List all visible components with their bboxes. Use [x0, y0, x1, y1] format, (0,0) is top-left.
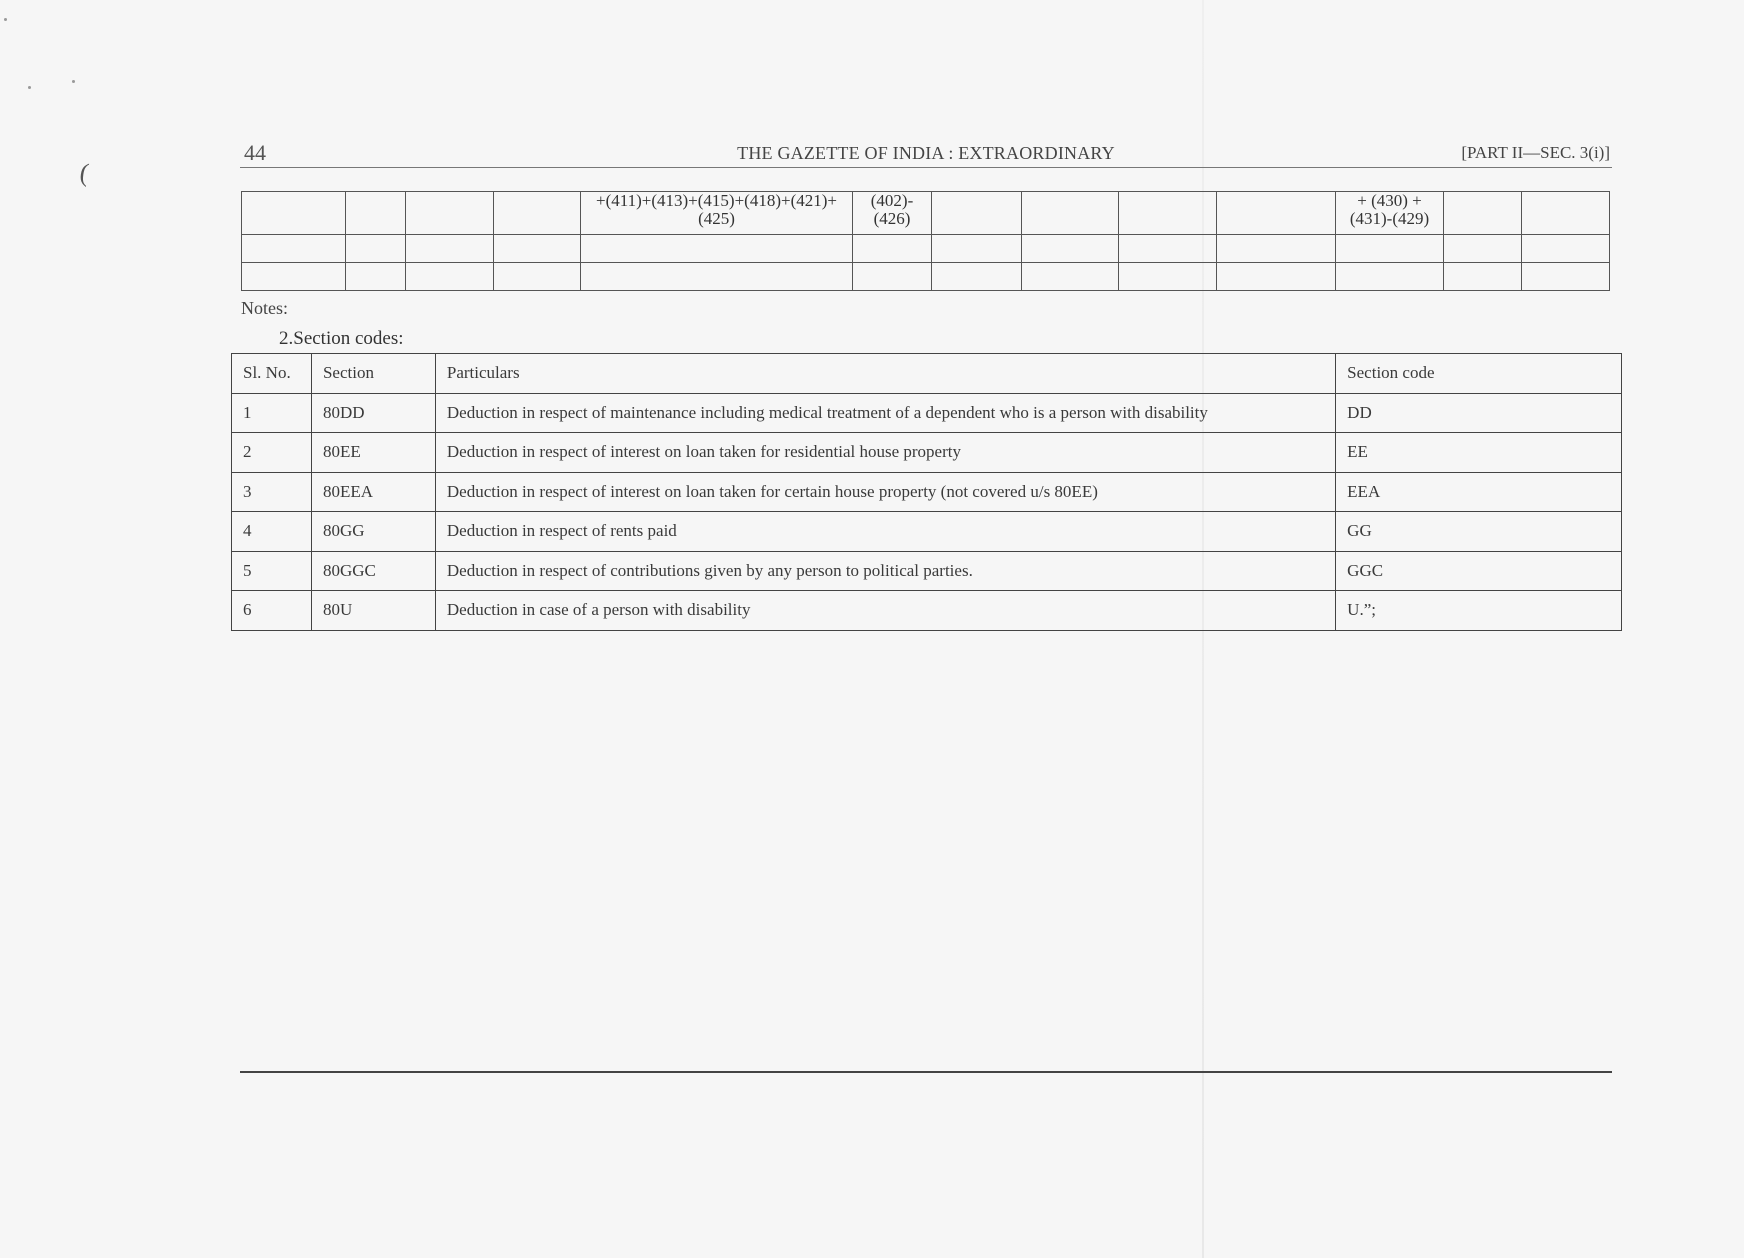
- table-cell: [494, 263, 581, 291]
- section-code-cell: GG: [1336, 512, 1622, 552]
- table-cell: +(411)+(413)+(415)+(418)+(421)+ (425): [581, 192, 853, 235]
- table-cell: [1119, 192, 1217, 235]
- table-cell: [1022, 192, 1119, 235]
- table-cell: [1022, 263, 1119, 291]
- section-cell: 80GG: [311, 512, 435, 552]
- table-header-row: Sl. No. Section Particulars Section code: [232, 354, 1622, 394]
- particulars-cell: Deduction in respect of contributions gi…: [435, 551, 1335, 591]
- table-row: 480GGDeduction in respect of rents paidG…: [232, 512, 1622, 552]
- section-cell: 80EE: [311, 433, 435, 473]
- table-cell: [346, 263, 406, 291]
- table-cell: [1522, 263, 1610, 291]
- table-cell: [242, 263, 346, 291]
- header-section: Section: [311, 354, 435, 394]
- sl-no-cell: 3: [232, 472, 312, 512]
- table-cell: [406, 263, 494, 291]
- section-code-cell: GGC: [1336, 551, 1622, 591]
- section-codes-table: Sl. No. Section Particulars Section code…: [231, 353, 1622, 631]
- section-code-cell: EEA: [1336, 472, 1622, 512]
- table-cell: [932, 235, 1022, 263]
- gazette-title: THE GAZETTE OF INDIA : EXTRAORDINARY: [240, 143, 1612, 164]
- header-section-code: Section code: [1336, 354, 1622, 394]
- table-row: +(411)+(413)+(415)+(418)+(421)+ (425)(40…: [242, 192, 1610, 235]
- margin-mark: (: [78, 158, 91, 189]
- section-code-cell: DD: [1336, 393, 1622, 433]
- table-cell: [1217, 235, 1336, 263]
- table-cell: [406, 235, 494, 263]
- table-cell: [1217, 263, 1336, 291]
- table-cell: [581, 235, 853, 263]
- table-cell: [1444, 263, 1522, 291]
- table-cell: [494, 235, 581, 263]
- table-cell: [406, 192, 494, 235]
- table-cell: [853, 235, 932, 263]
- scan-speck: [72, 80, 75, 83]
- header-sl-no: Sl. No.: [232, 354, 312, 394]
- particulars-cell: Deduction in respect of rents paid: [435, 512, 1335, 552]
- particulars-cell: Deduction in case of a person with disab…: [435, 591, 1335, 631]
- table-cell: + (430) + (431)-(429): [1336, 192, 1444, 235]
- table-row: 380EEADeduction in respect of interest o…: [232, 472, 1622, 512]
- table-row: 580GGCDeduction in respect of contributi…: [232, 551, 1622, 591]
- sl-no-cell: 1: [232, 393, 312, 433]
- table-cell: [1444, 192, 1522, 235]
- table-cell: [1336, 235, 1444, 263]
- section-codes-title: 2.Section codes:: [279, 328, 404, 350]
- table-cell: [853, 263, 932, 291]
- table-cell: [932, 263, 1022, 291]
- table-cell: [1444, 235, 1522, 263]
- sl-no-cell: 4: [232, 512, 312, 552]
- part-section-label: [PART II—SEC. 3(i)]: [1461, 143, 1610, 163]
- particulars-cell: Deduction in respect of maintenance incl…: [435, 393, 1335, 433]
- table-cell: [1022, 235, 1119, 263]
- section-code-cell: U.”;: [1336, 591, 1622, 631]
- table-cell: [242, 235, 346, 263]
- table-row: 180DDDeduction in respect of maintenance…: [232, 393, 1622, 433]
- sl-no-cell: 6: [232, 591, 312, 631]
- section-cell: 80DD: [311, 393, 435, 433]
- section-code-cell: EE: [1336, 433, 1622, 473]
- table-cell: [346, 192, 406, 235]
- table-cell: (402)- (426): [853, 192, 932, 235]
- table-cell: [1522, 235, 1610, 263]
- section-cell: 80EEA: [311, 472, 435, 512]
- table-cell: [932, 192, 1022, 235]
- header-particulars: Particulars: [435, 354, 1335, 394]
- formula-table: +(411)+(413)+(415)+(418)+(421)+ (425)(40…: [241, 191, 1610, 291]
- scan-speck: [28, 86, 31, 89]
- table-cell: [1336, 263, 1444, 291]
- footer-rule: [240, 1071, 1612, 1073]
- notes-label: Notes:: [241, 298, 288, 319]
- table-cell: [242, 192, 346, 235]
- table-cell: [1119, 235, 1217, 263]
- page-header: 44 THE GAZETTE OF INDIA : EXTRAORDINARY …: [240, 140, 1612, 166]
- sl-no-cell: 5: [232, 551, 312, 591]
- particulars-cell: Deduction in respect of interest on loan…: [435, 472, 1335, 512]
- header-rule: [240, 167, 1612, 168]
- sl-no-cell: 2: [232, 433, 312, 473]
- table-cell: [1119, 263, 1217, 291]
- table-cell: [1522, 192, 1610, 235]
- particulars-cell: Deduction in respect of interest on loan…: [435, 433, 1335, 473]
- table-row: [242, 235, 1610, 263]
- table-cell: [494, 192, 581, 235]
- table-cell: [346, 235, 406, 263]
- table-cell: [1217, 192, 1336, 235]
- section-cell: 80GGC: [311, 551, 435, 591]
- section-cell: 80U: [311, 591, 435, 631]
- scan-speck: [4, 18, 7, 21]
- table-cell: [581, 263, 853, 291]
- table-row: [242, 263, 1610, 291]
- table-row: 680UDeduction in case of a person with d…: [232, 591, 1622, 631]
- table-row: 280EEDeduction in respect of interest on…: [232, 433, 1622, 473]
